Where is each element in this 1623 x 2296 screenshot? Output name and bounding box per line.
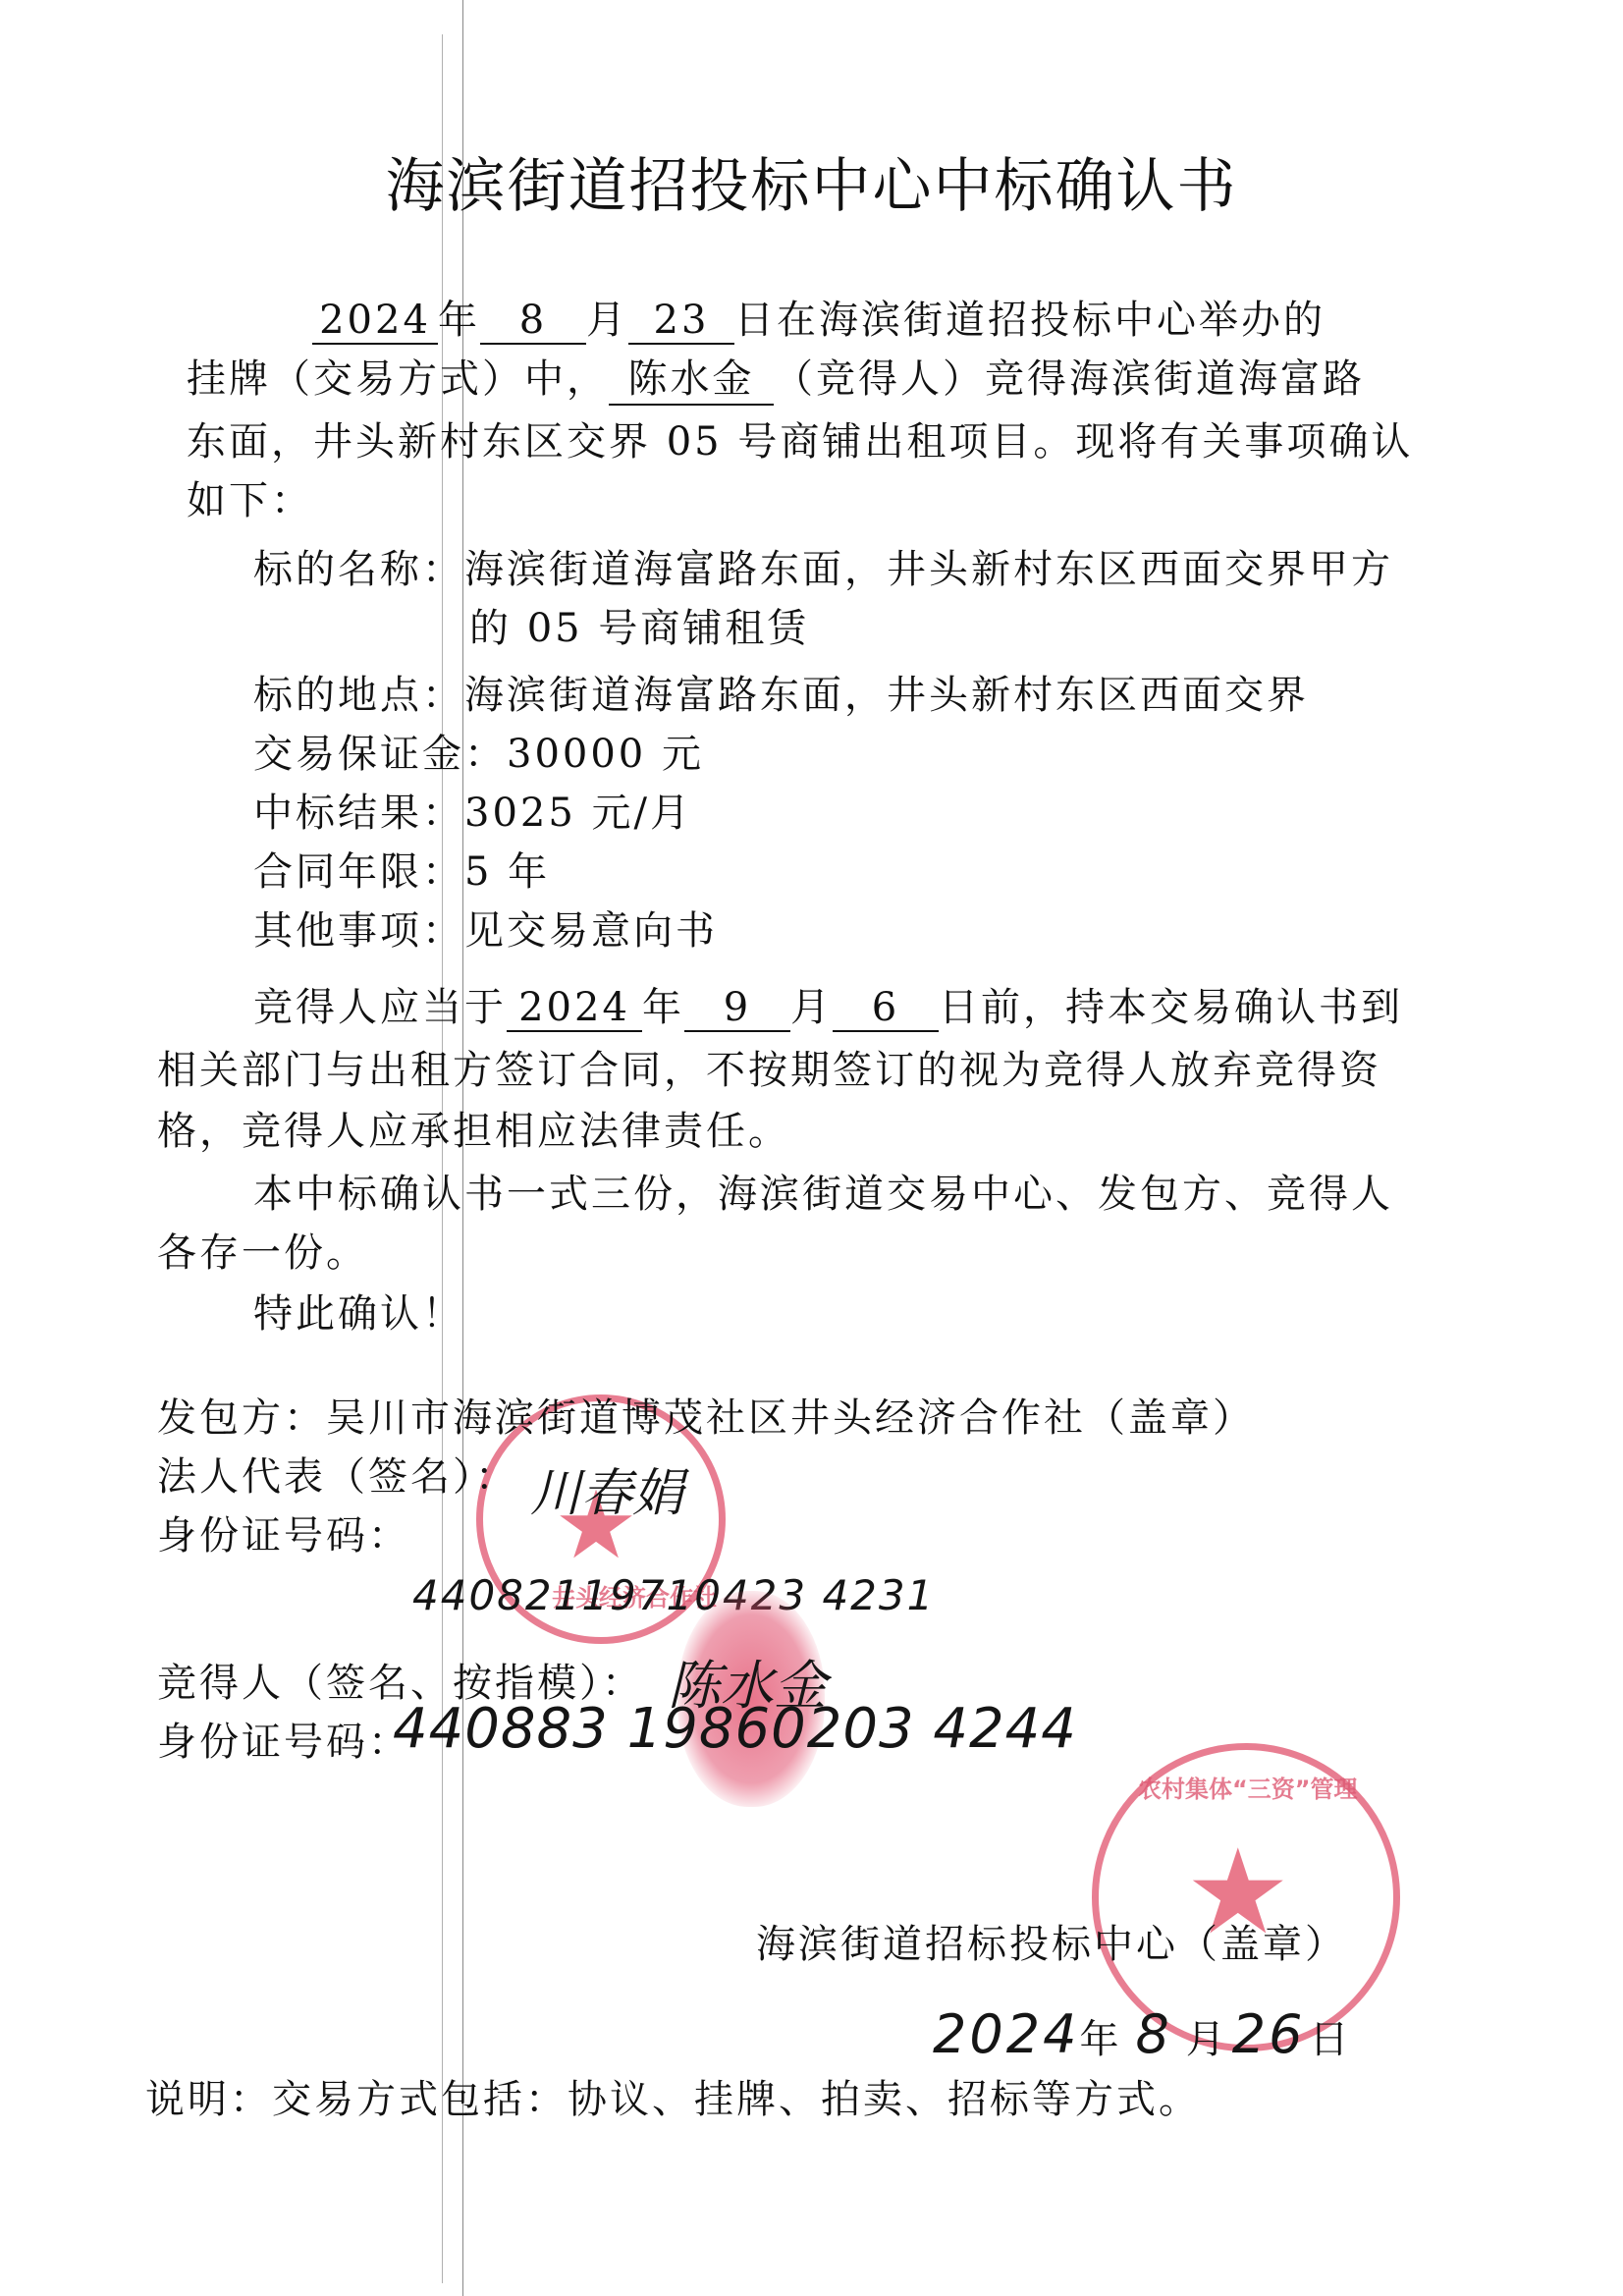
deadline-year: 2024 [507,985,642,1032]
deadline-line-2: 相关部门与出租方签订合同，不按期签订的视为竞得人放弃竞得资 [157,1039,1381,1095]
center-date-day: 26 [1228,2003,1310,2065]
field-subject-location: 标的地点：海滨街道海富路东面，井头新村东区西面交界 [253,664,1309,720]
legal-rep-id: 44082119710423 4231 [412,1571,935,1619]
closing-text: 特此确认！ [253,1283,464,1339]
field-value: 5 年 [464,849,550,895]
deadline-line-3: 格，竞得人应承担相应法律责任。 [157,1100,790,1156]
note-text: 说明：交易方式包括：协议、挂牌、拍卖、招标等方式。 [145,2068,1201,2124]
stamp-text: 农村集体“三资”管理 [1138,1770,1358,1804]
field-label: 交易保证金： [253,732,507,777]
field-value: 海滨街道海富路东面，井头新村东区西面交界甲方 [464,547,1393,592]
deadline-month: 9 [684,985,790,1032]
field-value: 30000 元 [507,732,704,777]
field-label: 标的名称： [253,547,464,592]
field-value: 见交易意向书 [464,908,718,954]
bid-year: 2024 [312,298,438,345]
winner-id: 440883 19860203 4244 [393,1697,1077,1761]
field-value: 3025 元/月 [464,791,692,836]
field-value: 海滨街道海富路东面，井头新村东区西面交界 [464,673,1309,718]
issuer-label: 发包方：吴川市海滨街道博茂社区井头经济合作社（盖章） [157,1387,1255,1443]
intro-line-4: 如下： [187,469,313,525]
field-label: 其他事项： [253,908,464,954]
document-title: 海滨街道招投标中心中标确认书 [0,139,1623,224]
bid-day: 23 [628,298,734,345]
deadline-day: 6 [833,985,939,1032]
field-deposit: 交易保证金：30000 元 [253,723,704,779]
field-subject-name-cont: 的 05 号商铺租赁 [469,597,809,653]
deadline-line-1: 竞得人应当于2024年9月6日前，持本交易确认书到 [253,976,1403,1032]
field-label: 中标结果： [253,791,464,836]
winner-id-label: 身份证号码： [157,1711,410,1767]
field-label: 合同年限： [253,849,464,895]
field-term: 合同年限：5 年 [253,841,550,897]
center-date: 2024年8月26日 [933,2003,1352,2065]
field-subject-name: 标的名称：海滨街道海富路东面，井头新村东区西面交界甲方 [253,538,1393,594]
center-date-year: 2024 [933,2003,1079,2065]
bid-month: 8 [480,298,586,345]
intro-line-3: 东面，井头新村东区交界 05 号商铺出租项目。现将有关事项确认 [187,410,1413,466]
legal-rep-label: 法人代表（签名）： [157,1446,517,1502]
copies-line-2: 各存一份。 [157,1222,368,1278]
copies-line-1: 本中标确认书一式三份，海滨街道交易中心、发包方、竞得人 [253,1163,1393,1219]
intro-line-2: 挂牌（交易方式）中，陈水金（竞得人）竞得海滨街道海富路 [187,348,1365,406]
legal-rep-signature: 川春娟 [530,1451,683,1525]
field-label: 标的地点： [253,673,464,718]
field-result: 中标结果：3025 元/月 [253,782,692,838]
field-other: 其他事项：见交易意向书 [253,900,718,956]
intro-line-1: 2024年8月23日在海滨街道招投标中心举办的 [312,289,1325,345]
winner-name: 陈水金 [609,348,774,406]
center-date-month: 8 [1121,2003,1185,2065]
center-label: 海滨街道招标投标中心（盖章） [756,1913,1347,1969]
legal-rep-id-label: 身份证号码： [157,1504,410,1560]
